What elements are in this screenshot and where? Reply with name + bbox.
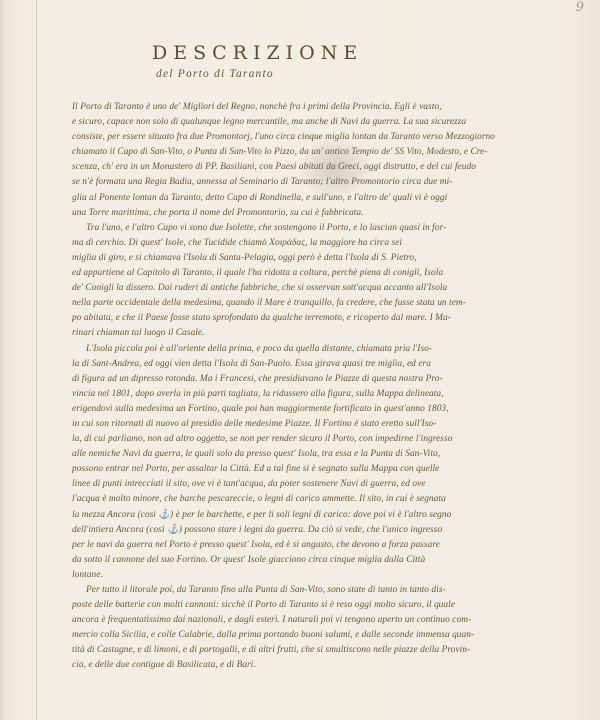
document-title: DESCRIZIONE	[152, 42, 363, 64]
text-line: e sicuro, capace non solo di qualunque l…	[72, 115, 552, 130]
text-line: chiamato il Capo di San-Vito, o Punta di…	[72, 145, 552, 160]
text-line: l'acqua è molto minore, che barche pesca…	[72, 492, 552, 507]
text-line: in cui son ritornati di nuovo al presidi…	[72, 417, 552, 432]
paragraph: Per tutto il litorale poi, da Taranto fi…	[72, 583, 552, 674]
text-line: ma di cerchio. Di quest' Isole, che Tuci…	[72, 236, 552, 251]
document-subtitle: del Porto di Taranto	[156, 68, 274, 80]
text-line: per le navi da guerra nel Porto è presso…	[72, 538, 552, 553]
page-binding-edge	[0, 0, 37, 720]
text-line: scenza, ch' era in un Monastero di PP. B…	[72, 160, 552, 175]
text-line: nella parte occidentale della medesima, …	[72, 296, 552, 311]
text-line: dell'intiera Ancora (così ⚓) possono sta…	[72, 523, 552, 538]
paragraph: L'Isola piccola poi è all'oriente della …	[72, 342, 552, 584]
text-line: alle nemiche Navi da guerra, le quali so…	[72, 447, 552, 462]
paragraph: Il Porto di Taranto è uno de' Migliori d…	[72, 100, 552, 221]
text-line: mercio colla Sicilia, e colle Calabrie, …	[72, 628, 552, 643]
text-line: ed appartiene al Capitolo di Taranto, il…	[72, 266, 552, 281]
text-line: de' Conigli la dissero. Dai ruderi di an…	[72, 281, 552, 296]
text-line: la, di cui parliamo, non ad altro oggett…	[72, 432, 552, 447]
text-line: lontane.	[72, 568, 552, 583]
paragraph: Tra l'uno, e l'altro Capo vi sono due Is…	[72, 221, 552, 342]
text-line: la mezza Ancora (così ⚓) è per le barche…	[72, 508, 552, 523]
text-line: Tra l'uno, e l'altro Capo vi sono due Is…	[72, 221, 552, 236]
text-line: Il Porto di Taranto è uno de' Migliori d…	[72, 100, 552, 115]
text-line: erigendovi sulla medesima un Fortino, qu…	[72, 402, 552, 417]
text-line: tità di Castagne, e di limoni, e di port…	[72, 643, 552, 658]
text-line: glia al Ponente lontan da Taranto, detto…	[72, 191, 552, 206]
folio-number: 9	[576, 0, 584, 15]
text-line: una Torre marittima, che porta il nome d…	[72, 206, 552, 221]
text-line: poste delle batterie con molti cannoni: …	[72, 598, 552, 613]
text-line: di figura ad un dipresso rotonda. Ma i F…	[72, 372, 552, 387]
manuscript-page: 9 DESCRIZIONE del Porto di Taranto Il Po…	[0, 0, 600, 720]
text-line: consiste, per essere situato fra due Pro…	[72, 130, 552, 145]
text-line: possono entrar nel Porto, per assaltar l…	[72, 462, 552, 477]
manuscript-body: Il Porto di Taranto è uno de' Migliori d…	[72, 100, 552, 674]
text-line: ancora è frequentatissimo dai nazionali,…	[72, 613, 552, 628]
text-line: se n'è formata una Regia Badia, annessa …	[72, 175, 552, 190]
text-line: miglia di giro, e si chiamava l'Isola di…	[72, 251, 552, 266]
text-line: rinari chiaman tal luogo il Casale.	[72, 326, 552, 341]
text-line: cia, e delle due contigue di Basilicata,…	[72, 658, 552, 673]
text-line: vincia nel 1801, dopo averla in più part…	[72, 387, 552, 402]
text-line: po abitata, e che il Paese fosse stato s…	[72, 311, 552, 326]
text-line: L'Isola piccola poi è all'oriente della …	[72, 342, 552, 357]
text-line: linee di punti intrecciati il sito, ove …	[72, 477, 552, 492]
text-line: Per tutto il litorale poi, da Taranto fi…	[72, 583, 552, 598]
text-line: da sotto il cannone del suo Fortino. Or …	[72, 553, 552, 568]
text-line: la di Sant-Andrea, ed oggi vien detta l'…	[72, 357, 552, 372]
